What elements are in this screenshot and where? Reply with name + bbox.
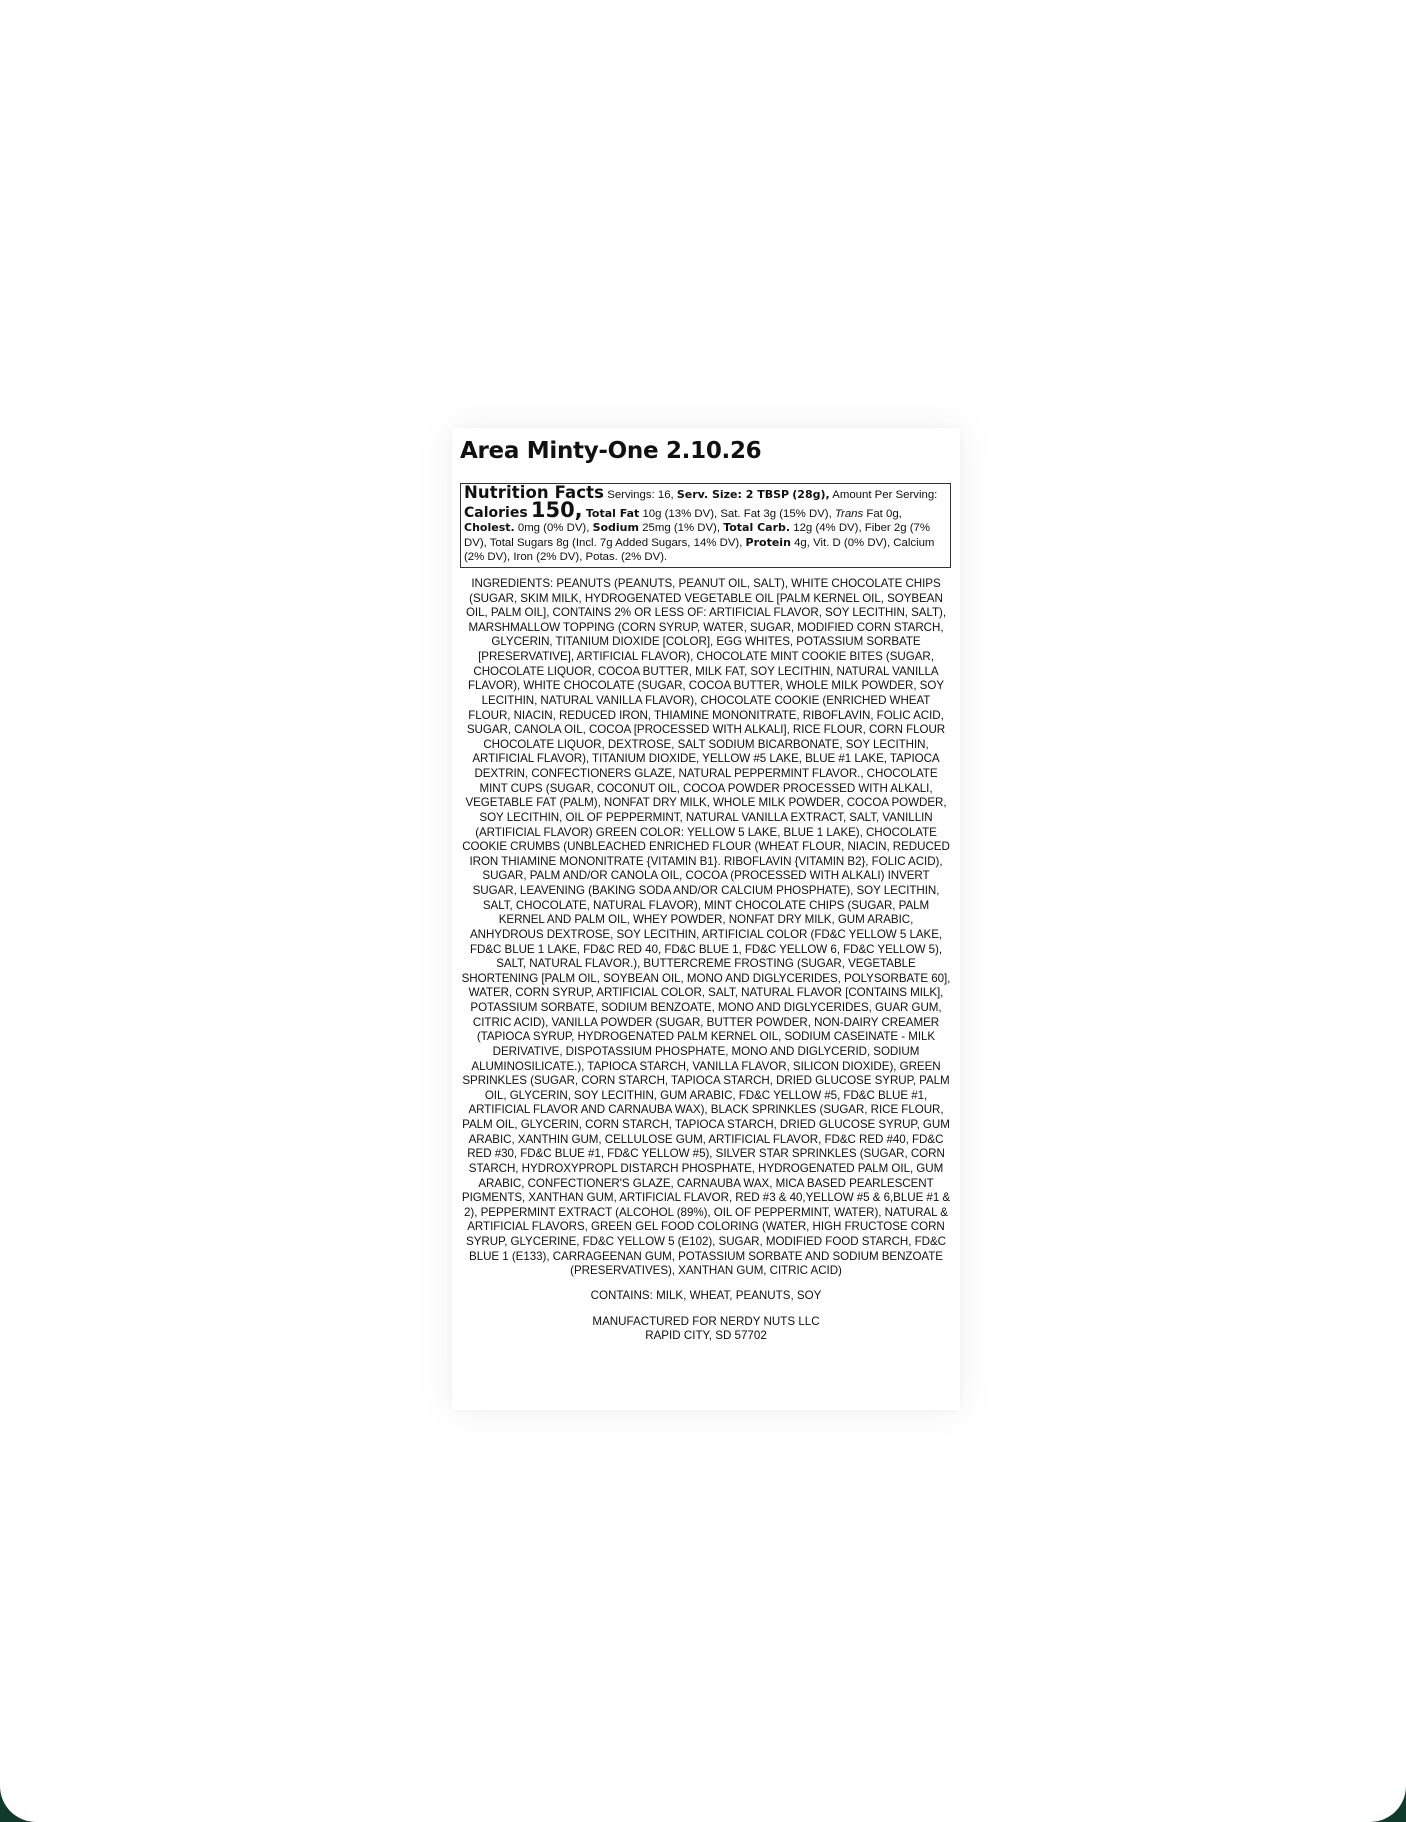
amount-per-serving: Amount Per Serving: [832,489,937,501]
manufacturer-info: MANUFACTURED FOR NERDY NUTS LLC RAPID CI… [460,1315,952,1344]
cholesterol-value: 0mg (0% DV), [518,522,590,534]
total-fat-value: 10g (13% DV), Sat. Fat 3g (15% DV), [642,508,831,520]
manufacturer-address: RAPID CITY, SD 57702 [460,1329,952,1344]
trans-label: Trans [835,508,863,520]
total-carb-label: Total Carb. [723,521,790,534]
trans-fat-value: Fat 0g, [866,508,901,520]
servings: Servings: 16, [607,489,673,501]
allergen-statement: CONTAINS: MILK, WHEAT, PEANUTS, SOY [460,1289,952,1304]
page-background: Area Minty-One 2.10.26 Nutrition Facts S… [0,0,1406,1822]
calories-value: 150, [531,498,583,522]
calories-label: Calories [464,505,528,521]
total-fat-label: Total Fat [586,507,639,520]
manufacturer-name: MANUFACTURED FOR NERDY NUTS LLC [460,1315,952,1330]
protein-label: Protein [746,536,791,549]
nutrition-facts-panel: Nutrition Facts Servings: 16, Serv. Size… [460,483,951,568]
product-title: Area Minty-One 2.10.26 [460,436,952,466]
sodium-label: Sodium [593,521,639,534]
cholesterol-label: Cholest. [464,521,515,534]
product-label: Area Minty-One 2.10.26 Nutrition Facts S… [452,428,960,1410]
protein-value: 4g, [794,537,810,549]
sodium-value: 25mg (1% DV), [642,522,720,534]
ingredients-list: INGREDIENTS: PEANUTS (PEANUTS, PEANUT OI… [460,577,952,1279]
serving-size-grams: (28g), [792,488,829,501]
serving-size-label: Serv. Size: 2 TBSP [677,488,789,501]
